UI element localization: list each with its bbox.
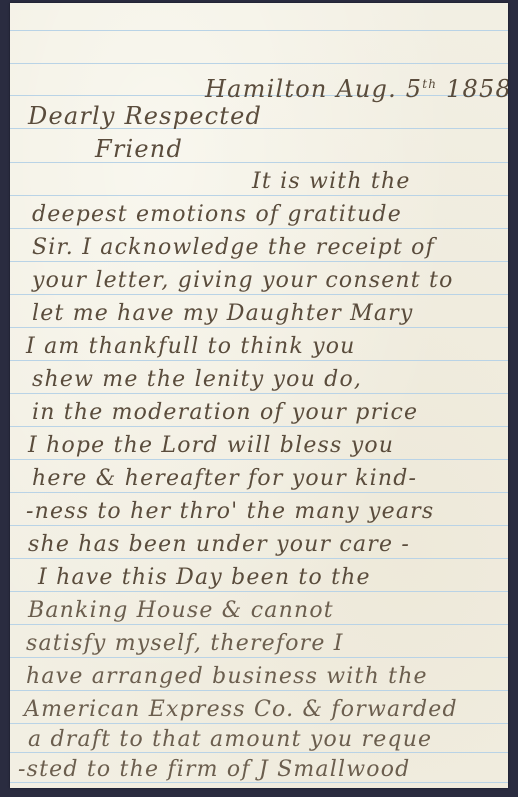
body-line: I am thankfull to think you (26, 334, 356, 360)
ruled-line (10, 657, 508, 658)
ruled-line (10, 261, 508, 262)
salutation-line-2: Friend (95, 136, 183, 162)
ruled-line (10, 525, 508, 526)
ruled-line (10, 327, 508, 328)
ruled-line (10, 393, 508, 394)
ruled-line (10, 294, 508, 295)
body-line: I hope the Lord will bless you (28, 433, 394, 459)
body-line: deepest emotions of gratitude (32, 202, 402, 228)
ruled-line (10, 558, 508, 559)
ruled-line (10, 162, 508, 163)
body-line: have arranged business with the (26, 664, 428, 690)
ruled-line (10, 723, 508, 724)
body-line: -sted to the firm of J Smallwood (18, 757, 410, 783)
body-line: shew me the lenity you do, (32, 367, 362, 393)
ruled-line (10, 63, 508, 64)
ruled-line (10, 492, 508, 493)
ruled-line (10, 591, 508, 592)
ruled-line (10, 690, 508, 691)
body-line: she has been under your care - (28, 532, 410, 558)
ruled-line (10, 360, 508, 361)
ruled-line (10, 624, 508, 625)
body-line: let me have my Daughter Mary (32, 301, 414, 327)
body-line: satisfy myself, therefore I (26, 631, 344, 657)
body-line: Sir. I acknowledge the receipt of (32, 235, 435, 261)
body-line: I have this Day been to the (38, 565, 371, 591)
body-line: American Express Co. & forwarded (24, 697, 458, 723)
body-line: your letter, giving your consent to (32, 268, 454, 294)
year: 1858 (446, 75, 508, 103)
body-line: -ness to her thro' the many years (26, 499, 434, 525)
date: Aug. 5 (336, 75, 422, 103)
ruled-line (10, 459, 508, 460)
ruled-line (10, 228, 508, 229)
ruled-line (10, 30, 508, 31)
body-line: a draft to that amount you reque (28, 727, 432, 753)
salutation-line-1: Dearly Respected (28, 103, 262, 129)
letter-page: Hamilton Aug. 5th 1858 Dearly Respected … (10, 3, 508, 788)
date-ordinal: th (422, 77, 437, 91)
ruled-line (10, 195, 508, 196)
place-date: Hamilton Aug. 5th 1858 (205, 71, 508, 102)
ruled-line (10, 426, 508, 427)
place: Hamilton (205, 75, 328, 103)
body-line: in the moderation of your price (32, 400, 418, 426)
body-line: Banking House & cannot (28, 598, 334, 624)
body-line: It is with the (252, 169, 411, 195)
body-line: here & hereafter for your kind- (32, 466, 417, 492)
